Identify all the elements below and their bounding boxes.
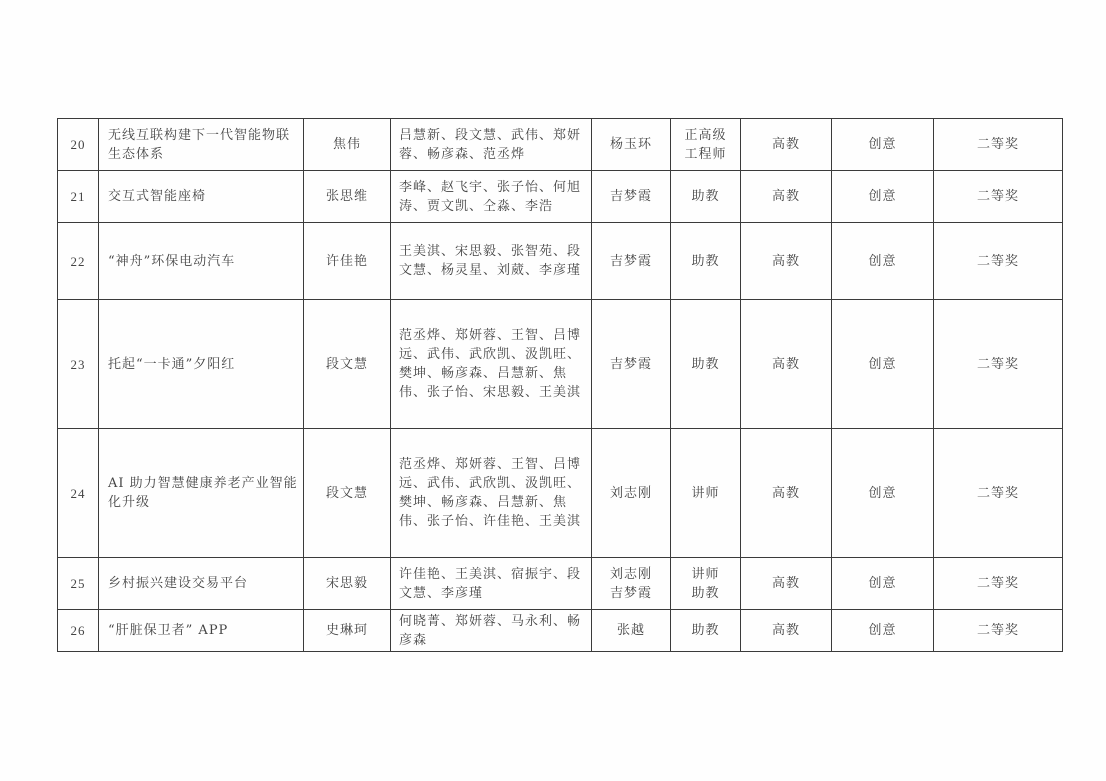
group: 高教 bbox=[741, 429, 832, 558]
advisor: 张越 bbox=[592, 610, 671, 652]
advisor-title: 正高级 工程师 bbox=[671, 119, 741, 171]
row-number: 24 bbox=[58, 429, 99, 558]
advisor-title-line: 讲师 bbox=[671, 565, 740, 584]
project-name: “肝脏保卫者” APP bbox=[99, 610, 304, 652]
track: 创意 bbox=[832, 119, 934, 171]
advisor-title: 讲师 助教 bbox=[671, 558, 741, 610]
team-leader: 段文慧 bbox=[304, 429, 391, 558]
award: 二等奖 bbox=[934, 429, 1063, 558]
advisor: 刘志刚 吉梦霞 bbox=[592, 558, 671, 610]
project-name: 交互式智能座椅 bbox=[99, 171, 304, 223]
advisor-title: 助教 bbox=[671, 300, 741, 429]
team-members: 何晓菁、郑妍蓉、马永利、畅彦森 bbox=[391, 610, 592, 652]
row-number: 23 bbox=[58, 300, 99, 429]
award: 二等奖 bbox=[934, 558, 1063, 610]
advisor-line: 刘志刚 bbox=[592, 565, 670, 584]
team-leader: 焦伟 bbox=[304, 119, 391, 171]
team-members: 李峰、赵飞宇、张子怡、何旭涛、贾文凯、仝淼、李浩 bbox=[391, 171, 592, 223]
team-members: 吕慧新、段文慧、武伟、郑妍蓉、畅彦森、范丞烨 bbox=[391, 119, 592, 171]
group: 高教 bbox=[741, 610, 832, 652]
award: 二等奖 bbox=[934, 223, 1063, 300]
group: 高教 bbox=[741, 300, 832, 429]
award: 二等奖 bbox=[934, 300, 1063, 429]
row-number: 20 bbox=[58, 119, 99, 171]
table-row: 22 “神舟”环保电动汽车 许佳艳 王美淇、宋思毅、张智苑、段文慧、杨灵星、刘葳… bbox=[58, 223, 1063, 300]
award-table: 20 无线互联构建下一代智能物联生态体系 焦伟 吕慧新、段文慧、武伟、郑妍蓉、畅… bbox=[57, 118, 1063, 652]
row-number: 26 bbox=[58, 610, 99, 652]
project-name: 乡村振兴建设交易平台 bbox=[99, 558, 304, 610]
team-members: 范丞烨、郑妍蓉、王智、吕博远、武伟、武欣凯、汲凯旺、樊坤、畅彦森、吕慧新、焦伟、… bbox=[391, 300, 592, 429]
award: 二等奖 bbox=[934, 610, 1063, 652]
track: 创意 bbox=[832, 223, 934, 300]
award: 二等奖 bbox=[934, 171, 1063, 223]
team-members: 王美淇、宋思毅、张智苑、段文慧、杨灵星、刘葳、李彦瑾 bbox=[391, 223, 592, 300]
advisor-title-line: 工程师 bbox=[671, 145, 740, 164]
team-leader: 段文慧 bbox=[304, 300, 391, 429]
advisor-title: 讲师 bbox=[671, 429, 741, 558]
advisor-line: 吉梦霞 bbox=[592, 584, 670, 603]
row-number: 21 bbox=[58, 171, 99, 223]
advisor-title-line: 助教 bbox=[671, 584, 740, 603]
advisor: 吉梦霞 bbox=[592, 223, 671, 300]
advisor: 吉梦霞 bbox=[592, 171, 671, 223]
advisor: 刘志刚 bbox=[592, 429, 671, 558]
advisor-title: 助教 bbox=[671, 223, 741, 300]
advisor-title: 助教 bbox=[671, 610, 741, 652]
team-leader: 史琳珂 bbox=[304, 610, 391, 652]
table-row: 25 乡村振兴建设交易平台 宋思毅 许佳艳、王美淇、宿振宇、段文慧、李彦瑾 刘志… bbox=[58, 558, 1063, 610]
project-name: 无线互联构建下一代智能物联生态体系 bbox=[99, 119, 304, 171]
team-leader: 张思维 bbox=[304, 171, 391, 223]
team-members: 范丞烨、郑妍蓉、王智、吕博远、武伟、武欣凯、汲凯旺、樊坤、畅彦森、吕慧新、焦伟、… bbox=[391, 429, 592, 558]
group: 高教 bbox=[741, 171, 832, 223]
advisor: 吉梦霞 bbox=[592, 300, 671, 429]
group: 高教 bbox=[741, 119, 832, 171]
project-name: AI 助力智慧健康养老产业智能化升级 bbox=[99, 429, 304, 558]
advisor-title: 助教 bbox=[671, 171, 741, 223]
track: 创意 bbox=[832, 171, 934, 223]
team-members: 许佳艳、王美淇、宿振宇、段文慧、李彦瑾 bbox=[391, 558, 592, 610]
table-row: 24 AI 助力智慧健康养老产业智能化升级 段文慧 范丞烨、郑妍蓉、王智、吕博远… bbox=[58, 429, 1063, 558]
track: 创意 bbox=[832, 610, 934, 652]
table-row: 21 交互式智能座椅 张思维 李峰、赵飞宇、张子怡、何旭涛、贾文凯、仝淼、李浩 … bbox=[58, 171, 1063, 223]
track: 创意 bbox=[832, 429, 934, 558]
advisor: 杨玉环 bbox=[592, 119, 671, 171]
group: 高教 bbox=[741, 223, 832, 300]
advisor-title-line: 正高级 bbox=[671, 126, 740, 145]
table-row: 20 无线互联构建下一代智能物联生态体系 焦伟 吕慧新、段文慧、武伟、郑妍蓉、畅… bbox=[58, 119, 1063, 171]
row-number: 22 bbox=[58, 223, 99, 300]
track: 创意 bbox=[832, 558, 934, 610]
track: 创意 bbox=[832, 300, 934, 429]
table-row: 26 “肝脏保卫者” APP 史琳珂 何晓菁、郑妍蓉、马永利、畅彦森 张越 助教… bbox=[58, 610, 1063, 652]
project-name: “神舟”环保电动汽车 bbox=[99, 223, 304, 300]
document-page: 20 无线互联构建下一代智能物联生态体系 焦伟 吕慧新、段文慧、武伟、郑妍蓉、畅… bbox=[0, 0, 1106, 781]
team-leader: 宋思毅 bbox=[304, 558, 391, 610]
group: 高教 bbox=[741, 558, 832, 610]
project-name: 托起“一卡通”夕阳红 bbox=[99, 300, 304, 429]
table-row: 23 托起“一卡通”夕阳红 段文慧 范丞烨、郑妍蓉、王智、吕博远、武伟、武欣凯、… bbox=[58, 300, 1063, 429]
row-number: 25 bbox=[58, 558, 99, 610]
team-leader: 许佳艳 bbox=[304, 223, 391, 300]
award: 二等奖 bbox=[934, 119, 1063, 171]
